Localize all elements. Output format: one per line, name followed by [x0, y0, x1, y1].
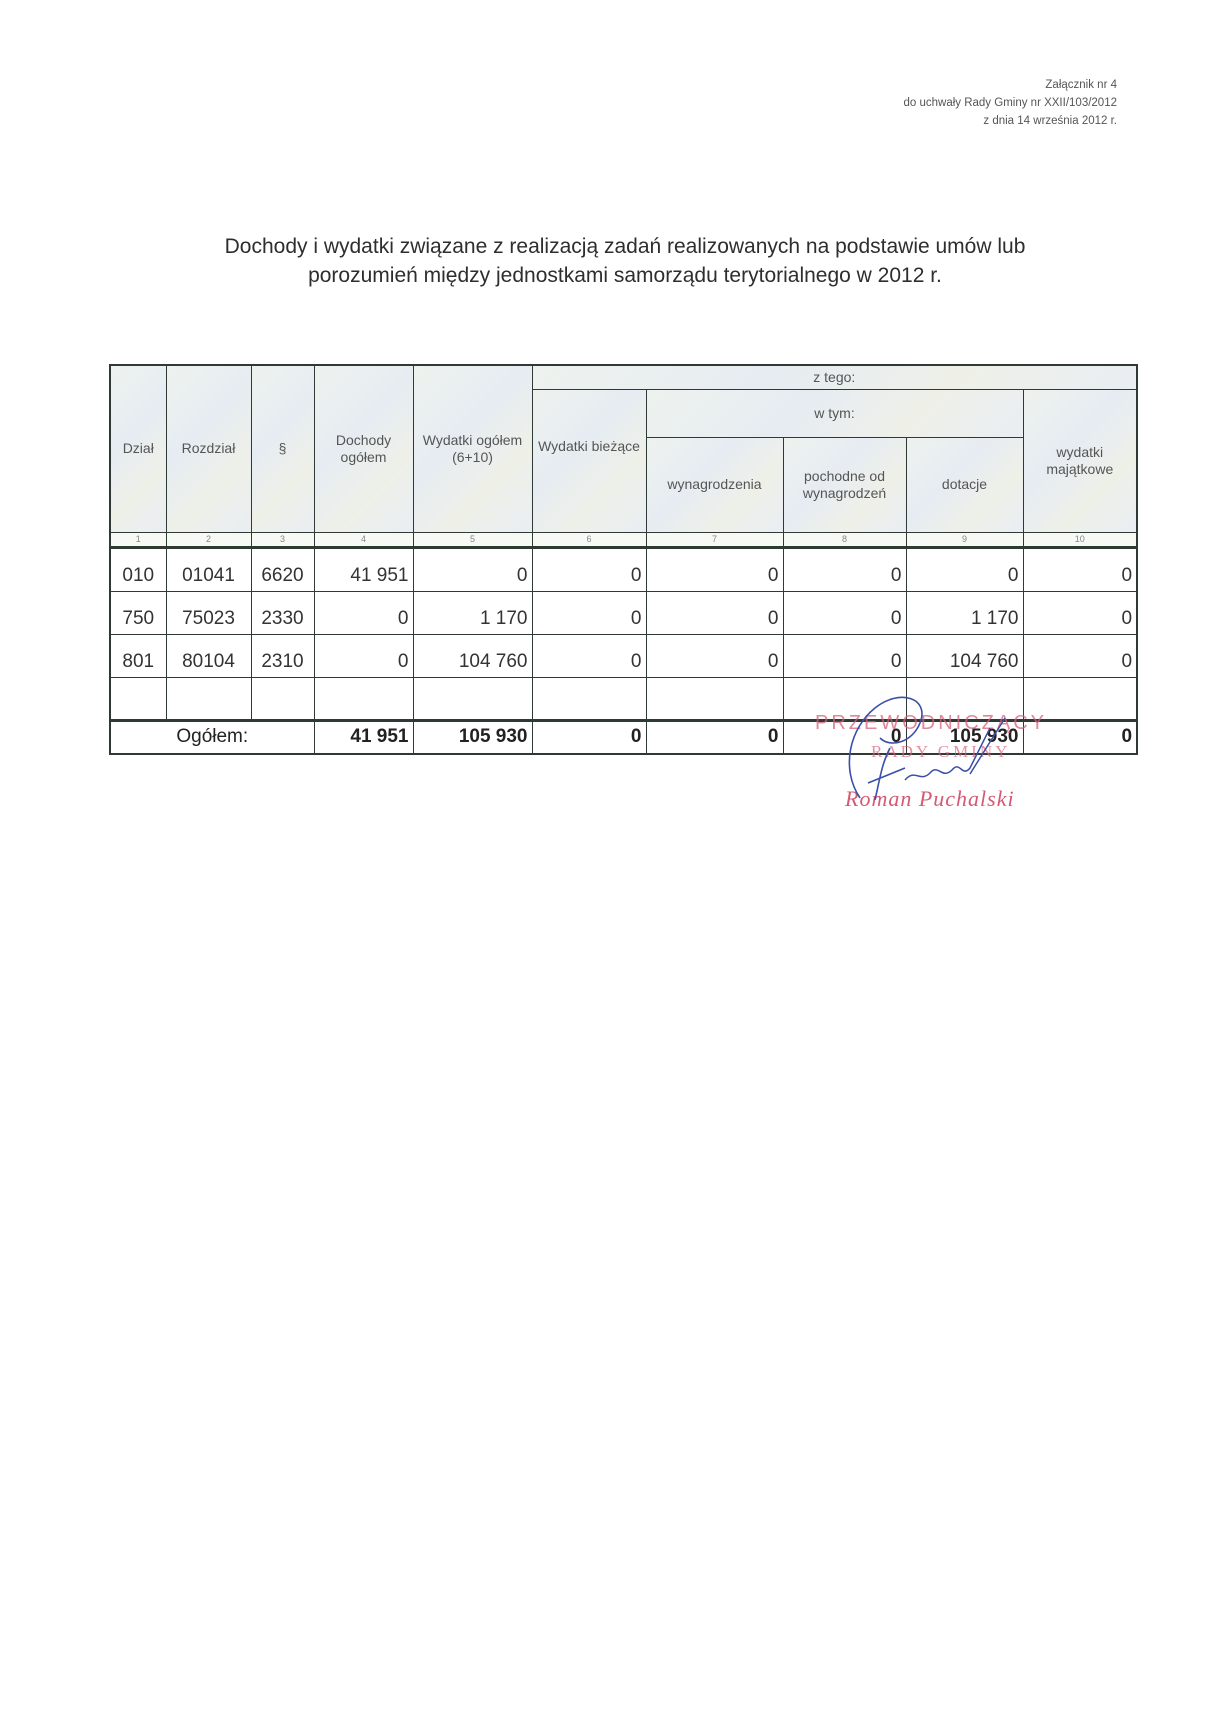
table-row: 010 01041 6620 41 951 0 0 0 0 0 0	[110, 547, 1137, 591]
cell-pochodne: 0	[783, 591, 906, 634]
cell-dzial: 010	[110, 547, 166, 591]
cell-rozdzial: 80104	[166, 634, 251, 677]
total-wydatki-ogolem: 105 930	[413, 720, 532, 754]
cell-wydatki-biezace: 0	[532, 634, 646, 677]
column-number: 8	[783, 532, 906, 547]
header-dotacje: dotacje	[906, 437, 1023, 532]
cell-pochodne: 0	[783, 634, 906, 677]
header-paragraf: §	[251, 365, 314, 532]
empty-cell	[251, 677, 314, 720]
empty-cell	[166, 677, 251, 720]
cell-wydatki-biezace: 0	[532, 547, 646, 591]
cell-wydatki-ogolem: 104 760	[413, 634, 532, 677]
resolution-date: z dnia 14 września 2012 r.	[903, 112, 1117, 130]
handwritten-signature-icon	[820, 688, 1040, 808]
cell-wydatki-majatkowe: 0	[1023, 634, 1137, 677]
empty-cell	[532, 677, 646, 720]
header-pochodne: pochodne od wynagrodzeń	[783, 437, 906, 532]
cell-rozdzial: 01041	[166, 547, 251, 591]
cell-wynagrodzenia: 0	[646, 634, 783, 677]
total-wynagrodzenia: 0	[646, 720, 783, 754]
cell-dochody: 41 951	[314, 547, 413, 591]
empty-cell	[314, 677, 413, 720]
cell-dzial: 801	[110, 634, 166, 677]
empty-cell	[413, 677, 532, 720]
annex-number: Załącznik nr 4	[903, 76, 1117, 94]
cell-paragraf: 6620	[251, 547, 314, 591]
table-row: 801 80104 2310 0 104 760 0 0 0 104 760 0	[110, 634, 1137, 677]
cell-wydatki-biezace: 0	[532, 591, 646, 634]
column-number: 10	[1023, 532, 1137, 547]
header-w-tym: w tym:	[646, 389, 1023, 437]
header-wynagrodzenia: wynagrodzenia	[646, 437, 783, 532]
total-label: Ogółem:	[110, 720, 314, 754]
title-line-1: Dochody i wydatki związane z realizacją …	[110, 232, 1140, 261]
cell-wynagrodzenia: 0	[646, 547, 783, 591]
cell-dotacje: 0	[906, 547, 1023, 591]
cell-dotacje: 1 170	[906, 591, 1023, 634]
cell-wydatki-ogolem: 1 170	[413, 591, 532, 634]
header-wydatki-majatkowe: wydatki majątkowe	[1023, 389, 1137, 532]
cell-dzial: 750	[110, 591, 166, 634]
cell-wydatki-ogolem: 0	[413, 547, 532, 591]
cell-dotacje: 104 760	[906, 634, 1023, 677]
document-title: Dochody i wydatki związane z realizacją …	[110, 232, 1140, 290]
empty-cell	[646, 677, 783, 720]
column-number: 7	[646, 532, 783, 547]
cell-wydatki-majatkowe: 0	[1023, 591, 1137, 634]
header-dochody-ogolem: Dochody ogółem	[314, 365, 413, 532]
cell-paragraf: 2330	[251, 591, 314, 634]
header-rozdzial: Rozdział	[166, 365, 251, 532]
column-number: 6	[532, 532, 646, 547]
total-wydatki-biezace: 0	[532, 720, 646, 754]
resolution-reference: do uchwały Rady Gminy nr XXII/103/2012	[903, 94, 1117, 112]
header-wydatki-ogolem: Wydatki ogółem (6+10)	[413, 365, 532, 532]
title-line-2: porozumień między jednostkami samorządu …	[110, 261, 1140, 290]
empty-cell	[110, 677, 166, 720]
column-number: 3	[251, 532, 314, 547]
cell-dochody: 0	[314, 591, 413, 634]
cell-wynagrodzenia: 0	[646, 591, 783, 634]
table-row: 750 75023 2330 0 1 170 0 0 0 1 170 0	[110, 591, 1137, 634]
cell-wydatki-majatkowe: 0	[1023, 547, 1137, 591]
column-number: 9	[906, 532, 1023, 547]
column-number: 5	[413, 532, 532, 547]
cell-dochody: 0	[314, 634, 413, 677]
annex-reference: Załącznik nr 4 do uchwały Rady Gminy nr …	[903, 76, 1117, 130]
header-wydatki-biezace: Wydatki bieżące	[532, 389, 646, 532]
column-number: 1	[110, 532, 166, 547]
column-number: 4	[314, 532, 413, 547]
total-dochody: 41 951	[314, 720, 413, 754]
header-z-tego: z tego:	[532, 365, 1137, 389]
column-number-row: 1 2 3 4 5 6 7 8 9 10	[110, 532, 1137, 547]
header-dzial: Dział	[110, 365, 166, 532]
cell-paragraf: 2310	[251, 634, 314, 677]
column-number: 2	[166, 532, 251, 547]
cell-pochodne: 0	[783, 547, 906, 591]
cell-rozdzial: 75023	[166, 591, 251, 634]
